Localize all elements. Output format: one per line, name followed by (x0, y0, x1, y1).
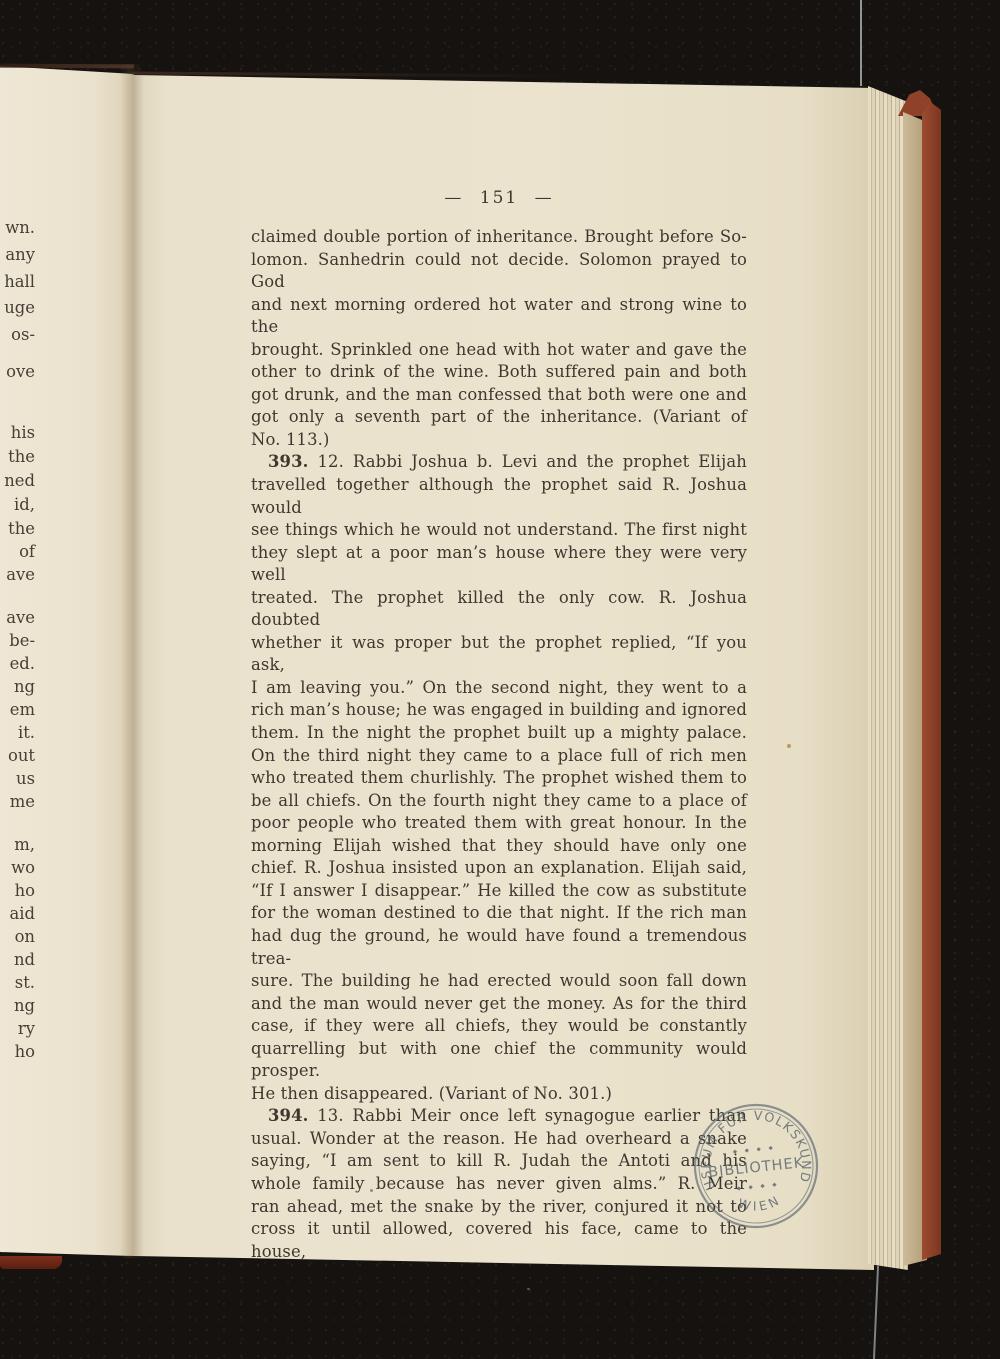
text-line: lomon. Sanhedrin could not decide. Solom… (251, 249, 747, 294)
text-line: I am leaving you.” On the second night, … (251, 677, 747, 700)
stamp-dots-top: ◆ ◆ ◆ ◆ (733, 1145, 777, 1155)
text-line: saying, “I am sent to kill R. Judah the … (251, 1150, 747, 1173)
opposite-page-fragment: any (5, 244, 35, 266)
stamp-bottom-text: WIEN (735, 1191, 785, 1216)
story-number: 394. (268, 1106, 309, 1125)
text-line: other to drink of the wine. Both suffere… (251, 361, 747, 384)
stamp-center-text: BIBLIOTHEK (707, 1155, 805, 1181)
text-line: 394. 13. Rabbi Meir once left synagogue … (251, 1105, 747, 1128)
opposite-page-fragment: hall (4, 271, 35, 293)
text-line: whole family because has never given alm… (251, 1173, 747, 1196)
text-line: 393. 12. Rabbi Joshua b. Levi and the pr… (251, 451, 747, 474)
opposite-page-fragment: st. (15, 972, 35, 994)
opposite-page-fragment: ng (14, 676, 35, 698)
opposite-page-fragment: ave (6, 607, 35, 629)
opposite-page-fragment: ng (14, 995, 35, 1017)
opposite-page-fragment: nd (14, 949, 35, 971)
opposite-page-fragment: id, (14, 494, 35, 516)
opposite-page-fragment: ove (6, 361, 35, 383)
opposite-page-fragment: ned (4, 470, 35, 492)
opposite-page-fragment: of (19, 541, 35, 563)
story-number: 393. (268, 452, 309, 471)
opposite-page-fragment: the (8, 446, 35, 468)
text-line: treated. The prophet killed the only cow… (251, 587, 747, 632)
opposite-page-fragment: on (15, 926, 35, 948)
text-line: rich man’s house; he was engaged in buil… (251, 699, 747, 722)
page-stack-fore-edge (868, 84, 908, 1272)
library-stamp: MUSEUM FÜR VOLKSKUNDE WIEN ◆ ◆ ◆ ◆ BIBLI… (674, 1084, 839, 1249)
stamp-ring-text: MUSEUM FÜR VOLKSKUNDE (674, 1084, 817, 1199)
text-line: He then disappeared. (Variant of No. 301… (251, 1083, 747, 1106)
text-line: had dug the ground, he would have found … (251, 925, 747, 970)
text-line: got only a seventh part of the inheritan… (251, 406, 747, 429)
thread-bottom (873, 1266, 879, 1359)
text-line: and next morning ordered hot water and s… (251, 294, 747, 339)
dust-speck (527, 1288, 530, 1290)
text-line: see things which he would not understand… (251, 519, 747, 542)
opposite-page-fragment: os- (11, 324, 35, 346)
opposite-page-fragment: it. (18, 722, 35, 744)
paper-speck (787, 744, 791, 748)
text-line: whether it was proper but the prophet re… (251, 632, 747, 677)
text-line: morning Elijah wished that they should h… (251, 835, 747, 858)
text-line: poor people who treated them with great … (251, 812, 747, 835)
thread-top (860, 0, 862, 86)
opposite-page-fragment: ed. (10, 653, 35, 675)
book-scan-photo: { "book": { "page": { "header": "— 151 —… (0, 0, 1000, 1359)
opposite-page-fragment: ho (15, 1041, 35, 1063)
text-line: No. 113.) (251, 429, 747, 452)
text-line: who treated them churlishly. The prophet… (251, 767, 747, 790)
opposite-page-fragment: m, (14, 834, 35, 856)
opposite-page-fragment: wo (11, 857, 35, 879)
opposite-page-fragment: the (8, 518, 35, 540)
opposite-page-fragment: uge (4, 297, 35, 319)
opposite-page-fragment: wn. (5, 217, 35, 239)
text-line: case, if they were all chiefs, they woul… (251, 1015, 747, 1038)
text-line: them. In the night the prophet built up … (251, 722, 747, 745)
text-line: On the third night they came to a place … (251, 745, 747, 768)
text-line: sure. The building he had erected would … (251, 970, 747, 993)
opposite-page-fragment: aid (9, 903, 35, 925)
text-line: and the man would never get the money. A… (251, 993, 747, 1016)
opposite-page-fragment: be- (9, 630, 35, 652)
text-line: ran ahead, met the snake by the river, c… (251, 1196, 747, 1219)
opposite-page-fragment: out (8, 745, 35, 767)
page-number-header: — 151 — (251, 188, 747, 211)
text-line: brought. Sprinkled one head with hot wat… (251, 339, 747, 362)
text-line: quarrelling but with one chief the commu… (251, 1038, 747, 1083)
text-line: claimed double portion of inheritance. B… (251, 226, 747, 249)
book-cover-edge (922, 102, 941, 1262)
text-line: travelled together although the prophet … (251, 474, 747, 519)
opposite-page-fragment: ry (18, 1018, 35, 1040)
text-line: “If I answer I disappear.” He killed the… (251, 880, 747, 903)
opposite-page-fragment: me (10, 791, 35, 813)
opposite-page-fragment: his (11, 422, 35, 444)
opposite-page-fragment: ho (15, 880, 35, 902)
stamp-dots-bottom: ◆ ◆ ◆ ◆ (736, 1182, 780, 1192)
text-line: cross it until allowed, covered his face… (251, 1218, 747, 1263)
text-line: they slept at a poor man’s house where t… (251, 542, 747, 587)
text-line: usual. Wonder at the reason. He had over… (251, 1128, 747, 1151)
opposite-page-fragment: ave (6, 564, 35, 586)
gutter-crease (120, 64, 144, 1258)
text-line: for the woman destined to die that night… (251, 902, 747, 925)
text-block: claimed double portion of inheritance. B… (251, 226, 747, 1263)
text-line: be all chiefs. On the fourth night they … (251, 790, 747, 813)
text-line: got drunk, and the man confessed that bo… (251, 384, 747, 407)
text-line: chief. R. Joshua insisted upon an explan… (251, 857, 747, 880)
opposite-page-fragment: us (16, 768, 35, 790)
opposite-page-fragment: em (10, 699, 35, 721)
opposite-page-fragments: wn.anyhallugeos-ovehisthenedid,theofavea… (0, 0, 37, 1359)
